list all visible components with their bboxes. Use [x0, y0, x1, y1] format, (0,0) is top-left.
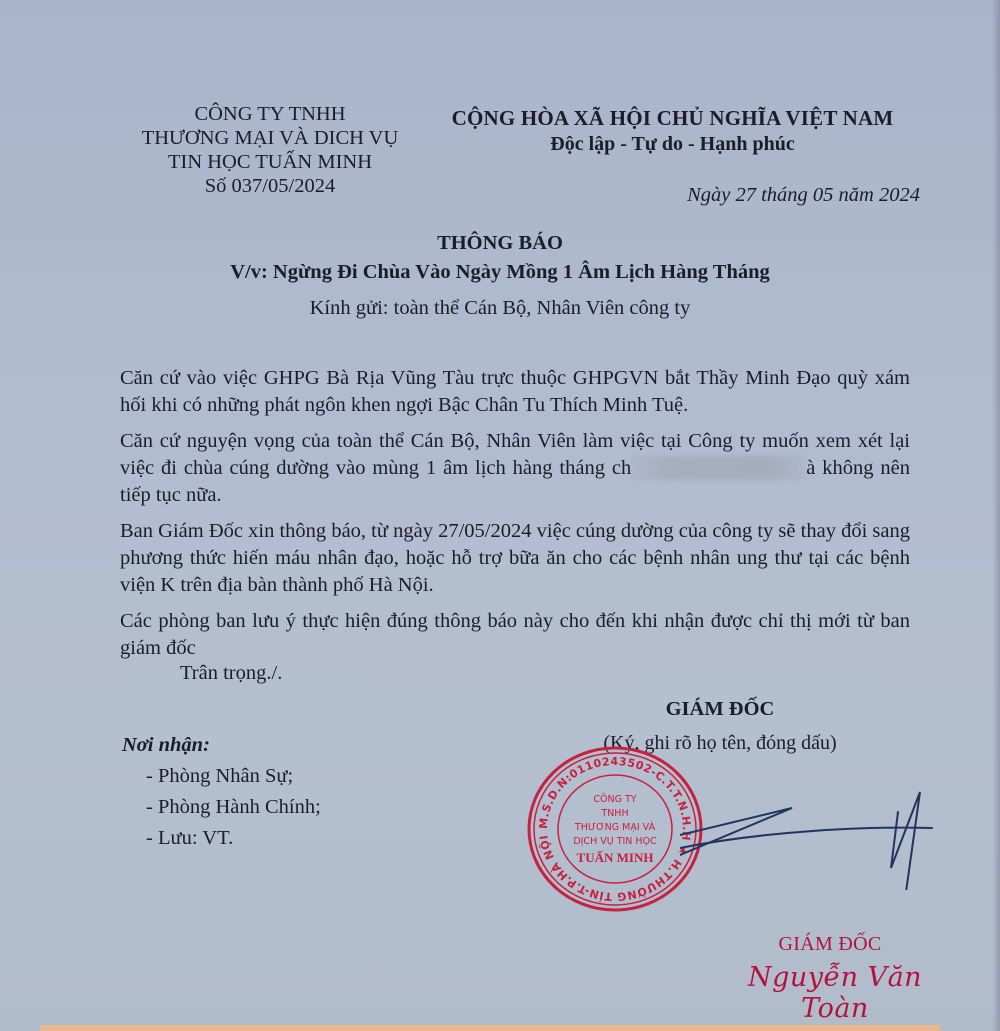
document-number: Số 037/05/2024	[120, 174, 420, 198]
svg-text:TNHH: TNHH	[600, 808, 628, 819]
company-header: CÔNG TY TNHH THƯƠNG MẠI VÀ DICH VỤ TIN H…	[120, 102, 420, 198]
recipient-item: - Phòng Nhân Sự;	[122, 761, 321, 792]
body-paragraph-2: Căn cứ nguyện vọng của toàn thể Cán Bộ, …	[120, 428, 910, 509]
company-seal-stamp: M.S.D.N:0110243502-C.T.T.N.H.H ★ H.THƯỜN…	[525, 744, 705, 914]
signer-name: Nguyễn Văn Toàn	[710, 962, 960, 1024]
svg-text:TUẤN MINH: TUẤN MINH	[577, 850, 654, 865]
notice-body: Căn cứ vào việc GHPG Bà Rịa Vũng Tàu trự…	[120, 365, 910, 671]
notice-greeting: Kính gửi: toàn thể Cán Bộ, Nhân Viên côn…	[200, 297, 800, 320]
nation-title: CỘNG HÒA XÃ HỘI CHỦ NGHĨA VIỆT NAM	[440, 106, 905, 131]
bottom-strip	[40, 1025, 940, 1031]
svg-text:DỊCH VỤ TIN HỌC: DỊCH VỤ TIN HỌC	[573, 836, 657, 847]
recipient-item: - Lưu: VT.	[122, 823, 321, 854]
paper-edge-shadow	[992, 0, 1000, 1031]
body-paragraph-4: Các phòng ban lưu ý thực hiện đúng thông…	[120, 608, 910, 662]
document-date: Ngày 27 tháng 05 năm 2024	[600, 184, 920, 207]
signature-title: GIÁM ĐỐC	[620, 698, 820, 721]
national-motto: Độc lập - Tự do - Hạnh phúc	[440, 133, 905, 156]
seal-icon: M.S.D.N:0110243502-C.T.T.N.H.H ★ H.THƯỜN…	[525, 744, 705, 914]
company-name-line-2: THƯƠNG MẠI VÀ DICH VỤ	[120, 126, 420, 150]
national-header: CỘNG HÒA XÃ HỘI CHỦ NGHĨA VIỆT NAM Độc l…	[440, 106, 905, 156]
signature-icon	[680, 780, 960, 890]
notice-subject: V/v: Ngừng Đi Chùa Vào Ngày Mồng 1 Âm Lị…	[180, 261, 820, 284]
body-paragraph-1: Căn cứ vào việc GHPG Bà Rịa Vũng Tàu trự…	[120, 365, 910, 419]
company-name-line-1: CÔNG TY TNHH	[120, 102, 420, 126]
signer-role: GIÁM ĐỐC	[740, 933, 920, 956]
recipients-heading: Nơi nhận:	[122, 730, 321, 761]
document-page: CÔNG TY TNHH THƯƠNG MẠI VÀ DICH VỤ TIN H…	[0, 0, 1000, 1031]
company-name-line-3: TIN HỌC TUẤN MINH	[120, 150, 420, 174]
recipients-block: Nơi nhận: - Phòng Nhân Sự; - Phòng Hành …	[122, 730, 321, 854]
notice-title: THÔNG BÁO	[200, 232, 800, 255]
svg-text:THƯƠNG MẠI VÀ: THƯƠNG MẠI VÀ	[574, 821, 656, 833]
body-paragraph-3: Ban Giám Đốc xin thông báo, từ ngày 27/0…	[120, 518, 910, 599]
recipient-item: - Phòng Hành Chính;	[122, 792, 321, 823]
svg-text:CÔNG TY: CÔNG TY	[593, 793, 636, 805]
handwritten-signature	[680, 780, 960, 890]
closing-regards: Trân trọng./.	[180, 662, 282, 685]
redacted-region	[631, 456, 806, 480]
